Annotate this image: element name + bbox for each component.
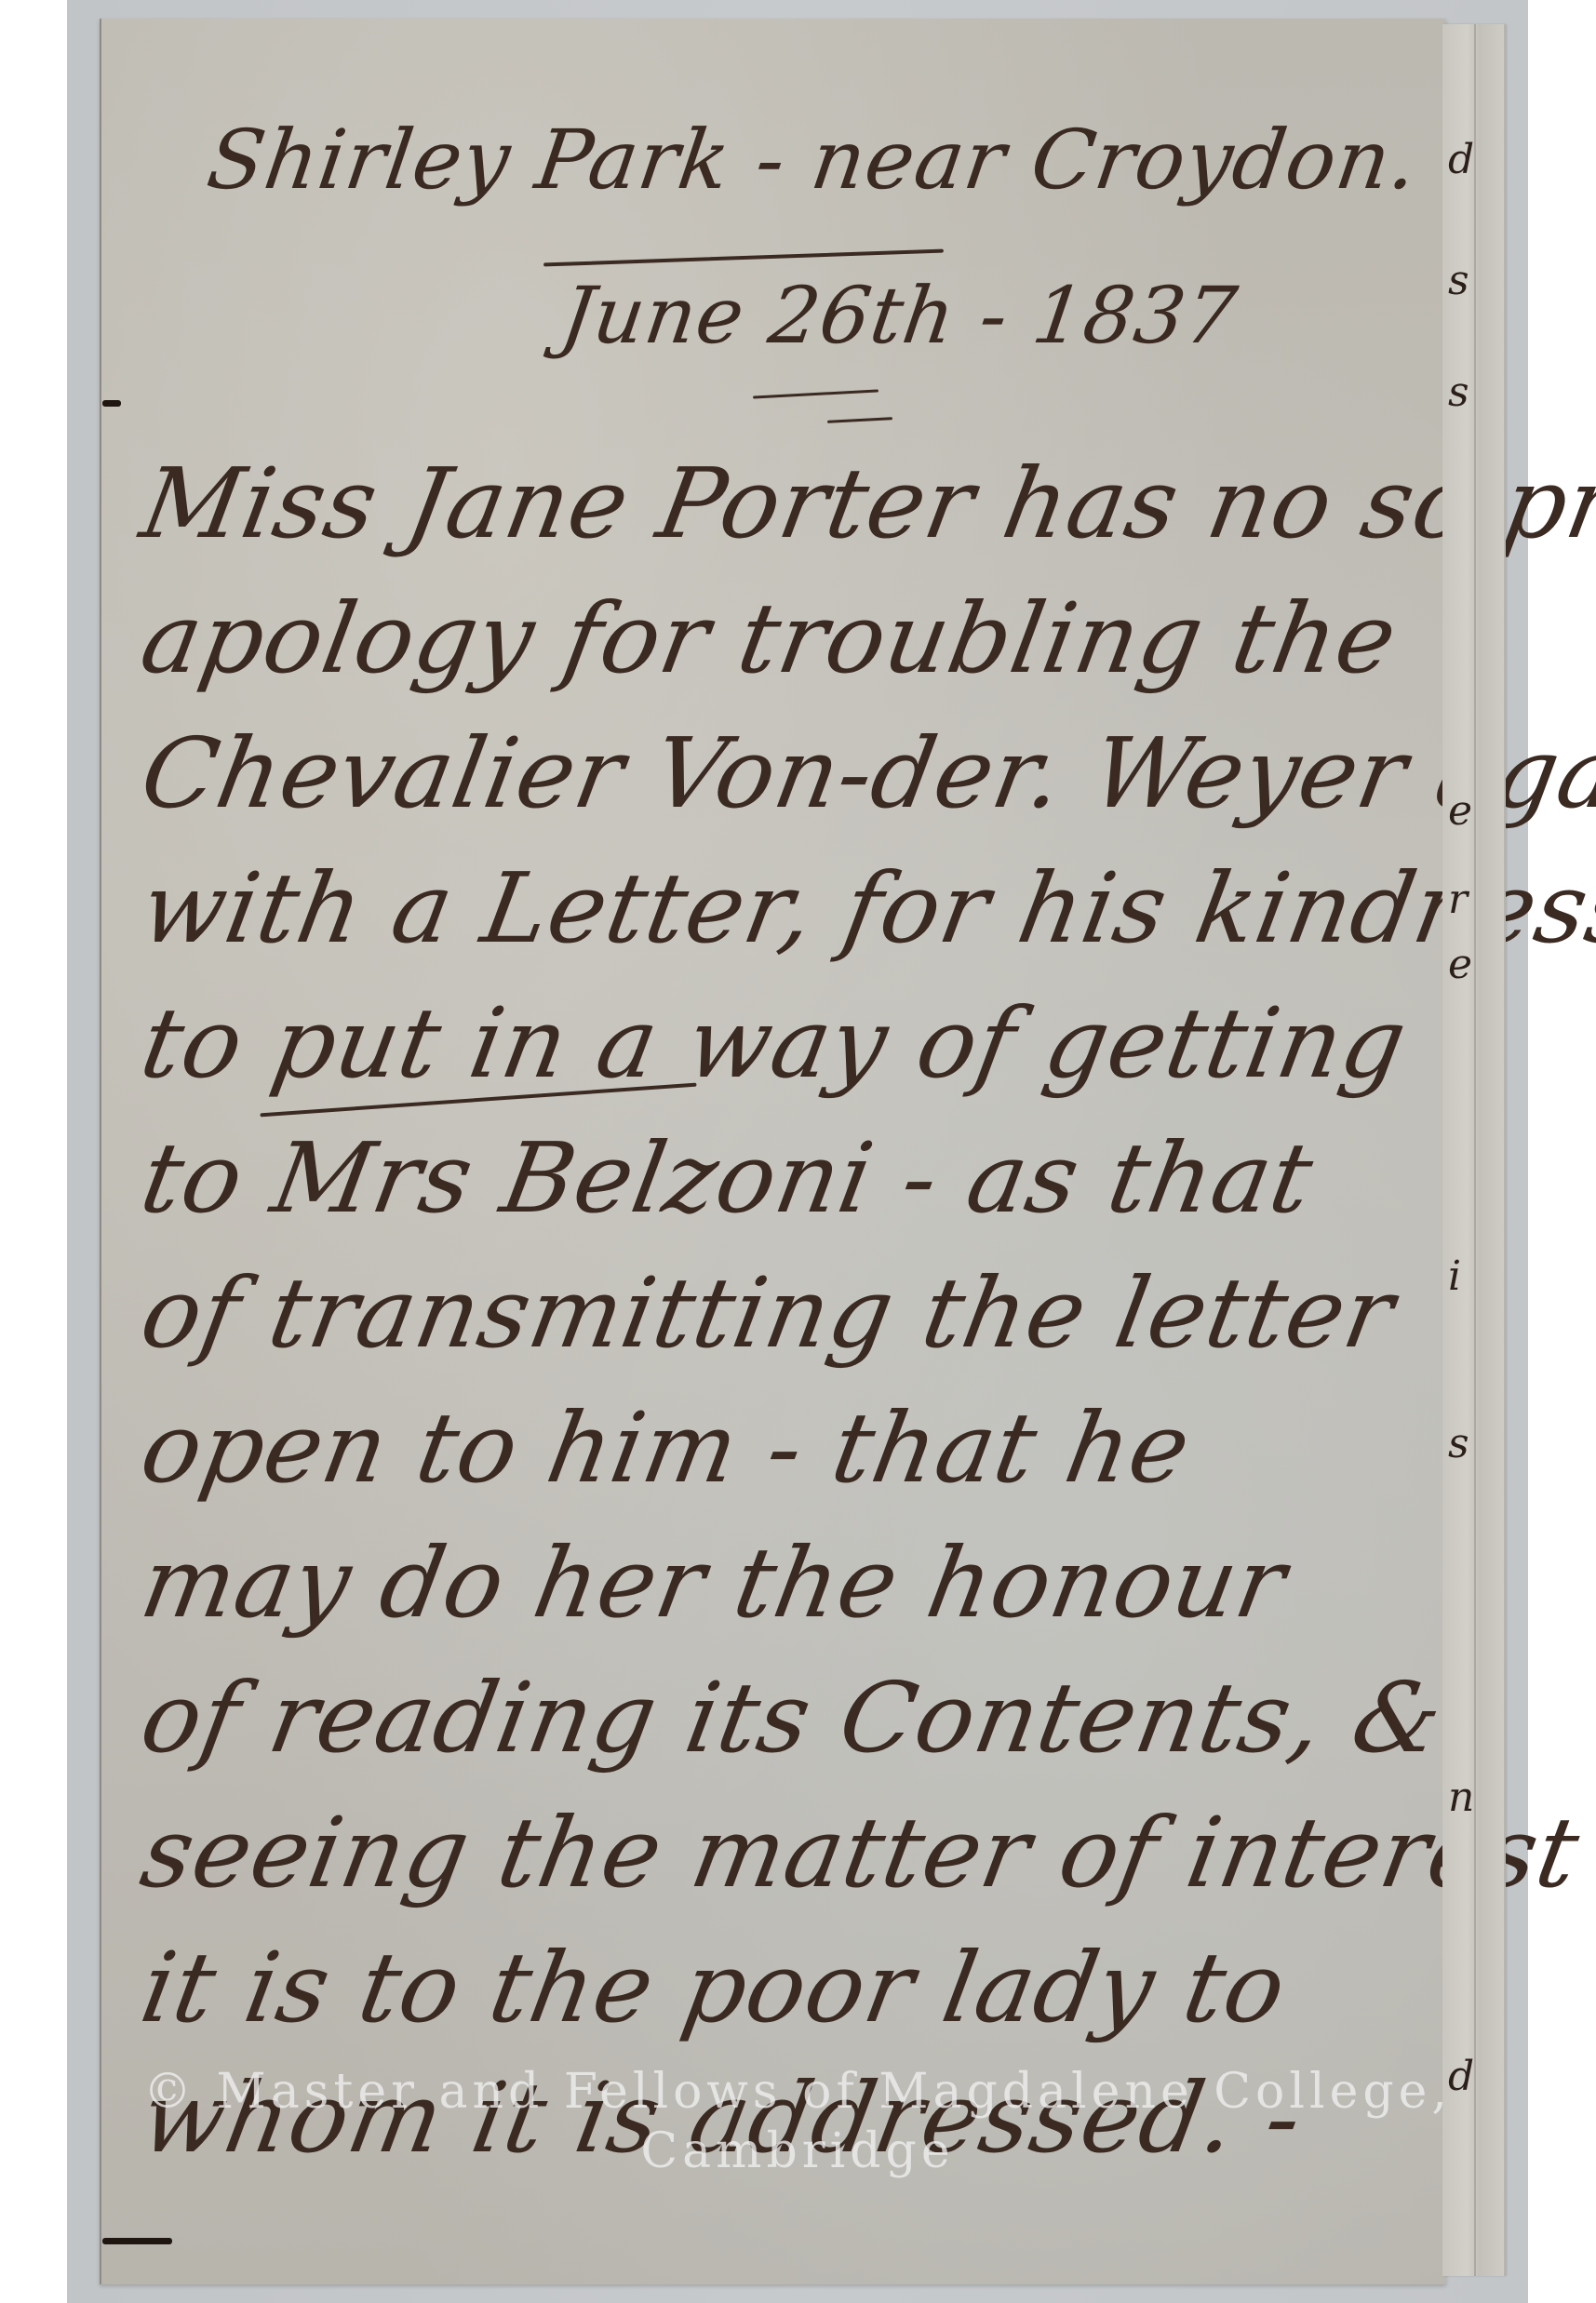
under-mark: s <box>1448 257 1469 304</box>
body-line-6: to Mrs Belzoni - as that <box>133 1121 1321 1235</box>
letter-address: Shirley Park - near Croydon. <box>202 112 1425 208</box>
body-line-1: Miss Jane Porter has no so proper <box>133 447 1596 560</box>
under-mark: r <box>1448 876 1468 923</box>
copyright-watermark-line2: Cambridge <box>67 2123 1528 2179</box>
body-line-12: it is to the poor lady to <box>133 1931 1294 2044</box>
address-underline <box>543 248 944 266</box>
underlying-page-ink-marks: d s s e r e i s n d <box>1442 24 1504 2276</box>
under-mark: d <box>1448 136 1474 183</box>
body-line-10: of reading its Contents, & <box>133 1661 1451 1774</box>
under-mark: n <box>1448 1774 1474 1821</box>
margin-ink-mark <box>102 2238 172 2244</box>
underlying-page-edge: d s s e r e i s n d <box>1442 24 1506 2276</box>
body-line-3: Chevalier Von-der. Weyer again <box>133 716 1596 830</box>
letter-date: June 26th - 1837 <box>556 270 1242 361</box>
photo-background: Shirley Park - near Croydon. June 26th -… <box>67 0 1528 2303</box>
margin-ink-mark <box>102 400 121 407</box>
body-line-9: may do her the honour <box>133 1526 1294 1640</box>
body-line-11: seeing the matter of interest <box>133 1796 1588 1909</box>
under-mark: e <box>1448 941 1472 988</box>
date-flourish <box>753 389 878 398</box>
body-line-2: apology for troubling the <box>133 582 1405 695</box>
under-mark: i <box>1448 1252 1461 1300</box>
under-mark: s <box>1448 368 1469 416</box>
body-line-7: of transmitting the letter <box>133 1256 1402 1370</box>
body-line-8: open to him - that he <box>133 1391 1199 1505</box>
copyright-watermark-line1: © Master and Fellows of Magdalene Colleg… <box>67 2064 1528 2120</box>
body-line-5: to put in a way of getting <box>133 986 1415 1100</box>
date-flourish-short <box>827 417 892 423</box>
under-mark: s <box>1448 1420 1469 1467</box>
letter-sheet: Shirley Park - near Croydon. June 26th -… <box>100 19 1446 2284</box>
under-mark: e <box>1448 787 1472 835</box>
body-line-4: with a Letter, for his kindness <box>133 851 1596 965</box>
